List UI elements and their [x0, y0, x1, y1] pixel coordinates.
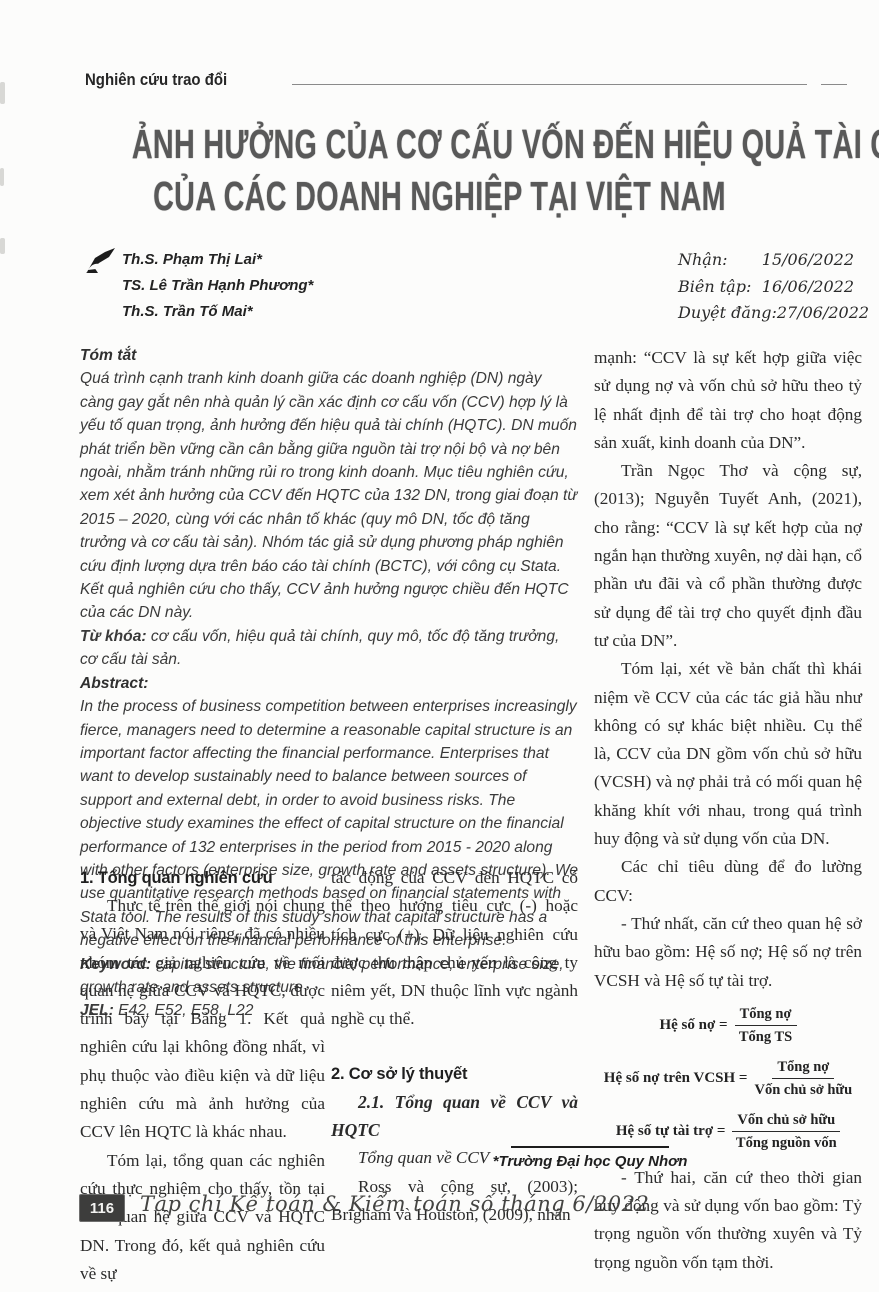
header-rule-dash: [821, 84, 847, 85]
formula-debt-to-equity-numerator: Tổng nợ: [772, 1058, 834, 1079]
column-3: mạnh: “CCV là sự kết hợp giữa việc sử dụ…: [594, 344, 862, 1277]
date-edited-value: 16/06/2022: [762, 274, 854, 301]
journal-page: Nghiên cứu trao đổi ẢNH HƯỞNG CỦA CƠ CẤU…: [0, 0, 879, 1292]
writing-pen-icon: [85, 248, 117, 279]
article-title: ẢNH HƯỞNG CỦA CƠ CẤU VỐN ĐẾN HIỆU QUẢ TÀ…: [0, 118, 879, 222]
formula-debt-to-equity-fraction: Tổng nợ Vốn chủ sở hữu: [754, 1058, 852, 1099]
scan-artifact: [0, 82, 5, 104]
date-edited-label: Biên tập:: [678, 274, 751, 301]
formula-debt-ratio: Hệ số nợ = Tổng nợ Tổng TS: [594, 1005, 862, 1046]
footnote-text: *Trường Đại học Quy Nhơn: [452, 1153, 728, 1170]
scan-artifact: [0, 238, 5, 254]
section-label: Nghiên cứu trao đổi: [85, 70, 227, 90]
formula-self-financing-denominator: Tổng nguồn vốn: [736, 1132, 837, 1152]
abstract-vi-text: Quá trình cạnh tranh kinh doanh giữa các…: [80, 367, 579, 624]
formula-debt-to-equity: Hệ số nợ trên VCSH = Tổng nợ Vốn chủ sở …: [594, 1058, 862, 1099]
col3-paragraph-4: Các chỉ tiêu dùng để đo lường CCV:: [594, 853, 862, 910]
col3-paragraph-3: Tóm lại, xét về bản chất thì khái niệm v…: [594, 655, 862, 853]
article-title-line1: ẢNH HƯỞNG CỦA CƠ CẤU VỐN ĐẾN HIỆU QUẢ TÀ…: [132, 118, 747, 170]
col3-paragraph-1: mạnh: “CCV là sự kết hợp giữa việc sử dụ…: [594, 344, 862, 457]
abstract-en-label: Abstract:: [80, 672, 579, 695]
formula-debt-ratio-fraction: Tổng nợ Tổng TS: [735, 1005, 797, 1046]
page-number-badge: 116: [79, 1194, 125, 1222]
section2-heading: 2. Cơ sở lý thuyết: [331, 1060, 578, 1088]
date-approved: Duyệt đăng: 27/06/2022: [678, 300, 854, 327]
column-2: tác động của CCV đến HQTC có thể theo hư…: [331, 864, 578, 1229]
footnote-rule: [511, 1146, 669, 1148]
running-head: Nghiên cứu trao đổi: [85, 70, 855, 94]
section1-heading: 1. Tổng quan nghiên cứu: [80, 864, 325, 892]
formula-self-financing-lhs: Hệ số tự tài trợ =: [616, 1122, 726, 1140]
affiliation-footnote: *Trường Đại học Quy Nhơn: [452, 1146, 728, 1170]
col2-paragraph-1: tác động của CCV đến HQTC có thể theo hư…: [331, 864, 578, 1034]
date-received-value: 15/06/2022: [762, 247, 854, 274]
date-received-label: Nhận:: [678, 247, 728, 274]
date-received: Nhận: 15/06/2022: [678, 247, 854, 274]
column-1: 1. Tổng quan nghiên cứu Thực tế trên thế…: [80, 864, 325, 1288]
date-approved-value: 27/06/2022: [777, 300, 869, 327]
col3-paragraph-5: - Thứ nhất, căn cứ theo quan hệ sở hữu b…: [594, 910, 862, 995]
section2-1-heading: 2.1. Tổng quan về CCV và HQTC: [331, 1088, 578, 1145]
author-block: Th.S. Phạm Thị Lai* TS. Lê Trần Hạnh Phư…: [85, 247, 313, 325]
formula-debt-to-equity-lhs: Hệ số nợ trên VCSH =: [604, 1069, 748, 1087]
manuscript-dates: Nhận: 15/06/2022 Biên tập: 16/06/2022 Du…: [678, 247, 854, 327]
article-title-line2: CỦA CÁC DOANH NGHIỆP TẠI VIỆT NAM: [132, 170, 747, 222]
formula-self-financing-fraction: Vốn chủ sở hữu Tổng nguồn vốn: [732, 1111, 840, 1152]
date-edited: Biên tập: 16/06/2022: [678, 274, 854, 301]
col3-paragraph-6: - Thứ hai, căn cứ theo thời gian huy độn…: [594, 1164, 862, 1277]
date-approved-label: Duyệt đăng:: [678, 300, 777, 327]
author-list: Th.S. Phạm Thị Lai* TS. Lê Trần Hạnh Phư…: [122, 247, 313, 325]
col1-paragraph-1: Thực tế trên thế giới nói chung và Việt …: [80, 892, 325, 1147]
keywords-vi-label: Từ khóa:: [80, 628, 147, 645]
formula-debt-ratio-numerator: Tổng nợ: [735, 1005, 797, 1026]
formula-debt-ratio-lhs: Hệ số nợ =: [659, 1016, 727, 1034]
header-rule: [292, 84, 807, 85]
author-1: Th.S. Phạm Thị Lai*: [122, 247, 313, 273]
author-3: Th.S. Trần Tố Mai*: [122, 299, 313, 325]
formula-self-financing-numerator: Vốn chủ sở hữu: [732, 1111, 840, 1132]
column-gap: [331, 1034, 578, 1060]
keywords-vi: Từ khóa: cơ cấu vốn, hiệu quả tài chính,…: [80, 625, 579, 672]
col3-paragraph-2: Trần Ngọc Thơ và cộng sự, (2013); Nguyễn…: [594, 457, 862, 655]
journal-footer-line: Tạp chí Kế toán & Kiểm toán số tháng 6/2…: [140, 1192, 649, 1216]
formula-debt-ratio-denominator: Tổng TS: [739, 1026, 792, 1046]
author-2: TS. Lê Trần Hạnh Phương*: [122, 273, 313, 299]
formula-debt-to-equity-denominator: Vốn chủ sở hữu: [754, 1079, 852, 1099]
abstract-vi-label: Tóm tắt: [80, 344, 579, 367]
keywords-vi-text: cơ cấu vốn, hiệu quả tài chính, quy mô, …: [80, 628, 559, 668]
